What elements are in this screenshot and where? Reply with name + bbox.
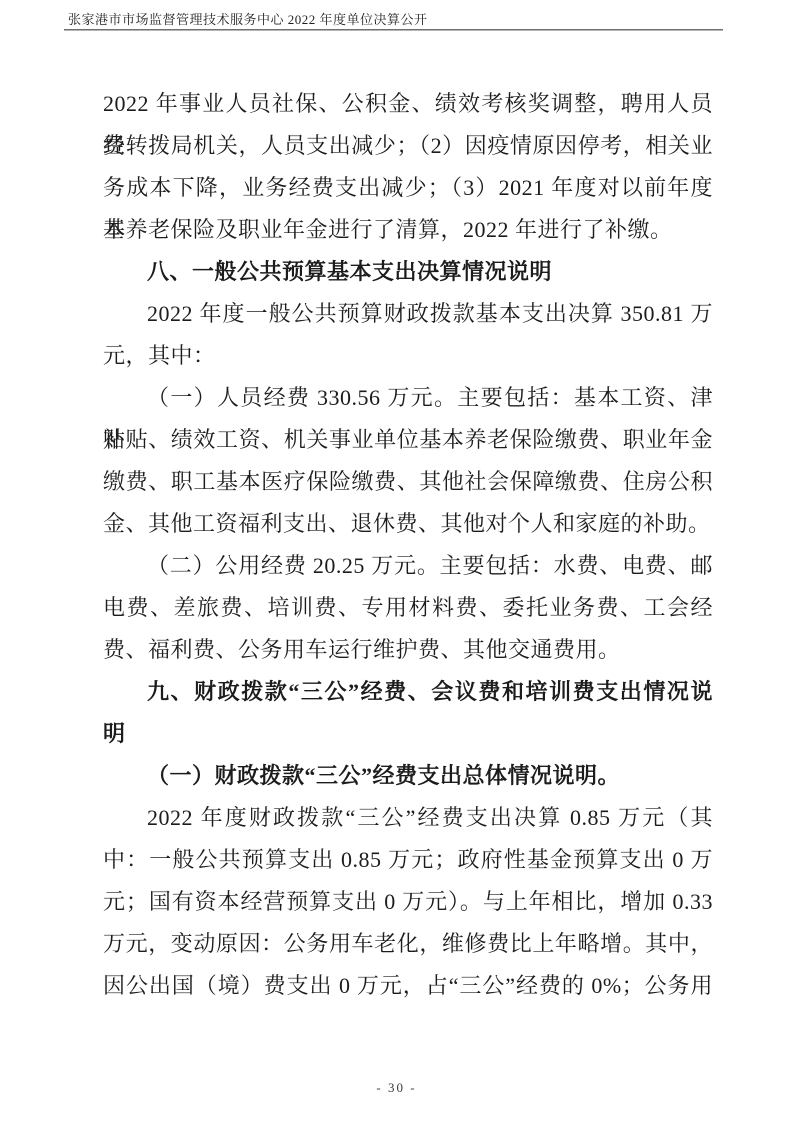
paragraph-line: 务成本下降，业务经费支出减少；（3）2021 年度对以前年度基 bbox=[103, 167, 713, 209]
paragraph-line: 元；国有资本经营预算支出 0 万元）。与上年相比，增加 0.33 bbox=[103, 881, 713, 923]
section-heading-9-wrap: 明 bbox=[103, 713, 713, 755]
paragraph-line: 费转拨局机关，人员支出减少；（2）因疫情原因停考，相关业 bbox=[103, 125, 713, 167]
document-body: 2022 年事业人员社保、公积金、绩效考核奖调整，聘用人员经 费转拨局机关，人员… bbox=[103, 83, 713, 1007]
document-header-title: 张家港市市场监督管理技术服务中心 2022 年度单位决算公开 bbox=[68, 9, 428, 28]
paragraph-line: 本养老保险及职业年金进行了清算，2022 年进行了补缴。 bbox=[103, 209, 713, 251]
paragraph-line: 中：一般公共预算支出 0.85 万元；政府性基金预算支出 0 万 bbox=[103, 839, 713, 881]
paragraph-line: 因公出国（境）费支出 0 万元，占“三公”经费的 0%；公务用 bbox=[103, 965, 713, 1007]
paragraph-line: 金、其他工资福利支出、退休费、其他对个人和家庭的补助。 bbox=[103, 503, 713, 545]
paragraph-line: 缴费、职工基本医疗保险缴费、其他社会保障缴费、住房公积 bbox=[103, 461, 713, 503]
paragraph-line: 2022 年度一般公共预算财政拨款基本支出决算 350.81 万 bbox=[103, 293, 713, 335]
section-heading-9: 九、财政拨款“三公”经费、会议费和培训费支出情况说 bbox=[103, 671, 713, 713]
paragraph-line: 2022 年事业人员社保、公积金、绩效考核奖调整，聘用人员经 bbox=[103, 83, 713, 125]
paragraph-line: 万元，变动原因：公务用车老化，维修费比上年略增。其中， bbox=[103, 923, 713, 965]
paragraph-line: （一）人员经费 330.56 万元。主要包括：基本工资、津贴 bbox=[103, 377, 713, 419]
paragraph-line: （二）公用经费 20.25 万元。主要包括：水费、电费、邮 bbox=[103, 545, 713, 587]
page-number: - 30 - bbox=[0, 1080, 793, 1096]
document-page: 张家港市市场监督管理技术服务中心 2022 年度单位决算公开 2022 年事业人… bbox=[0, 0, 793, 1122]
paragraph-line: 元，其中： bbox=[103, 335, 713, 377]
section-heading-8: 八、一般公共预算基本支出决算情况说明 bbox=[103, 251, 713, 293]
paragraph-line: 电费、差旅费、培训费、专用材料费、委托业务费、工会经 bbox=[103, 587, 713, 629]
paragraph-line: 费、福利费、公务用车运行维护费、其他交通费用。 bbox=[103, 629, 713, 671]
paragraph-line: 补贴、绩效工资、机关事业单位基本养老保险缴费、职业年金 bbox=[103, 419, 713, 461]
header-rule bbox=[64, 29, 723, 31]
paragraph-line: 2022 年度财政拨款“三公”经费支出决算 0.85 万元（其 bbox=[103, 797, 713, 839]
subsection-heading-9-1: （一）财政拨款“三公”经费支出总体情况说明。 bbox=[103, 755, 713, 797]
